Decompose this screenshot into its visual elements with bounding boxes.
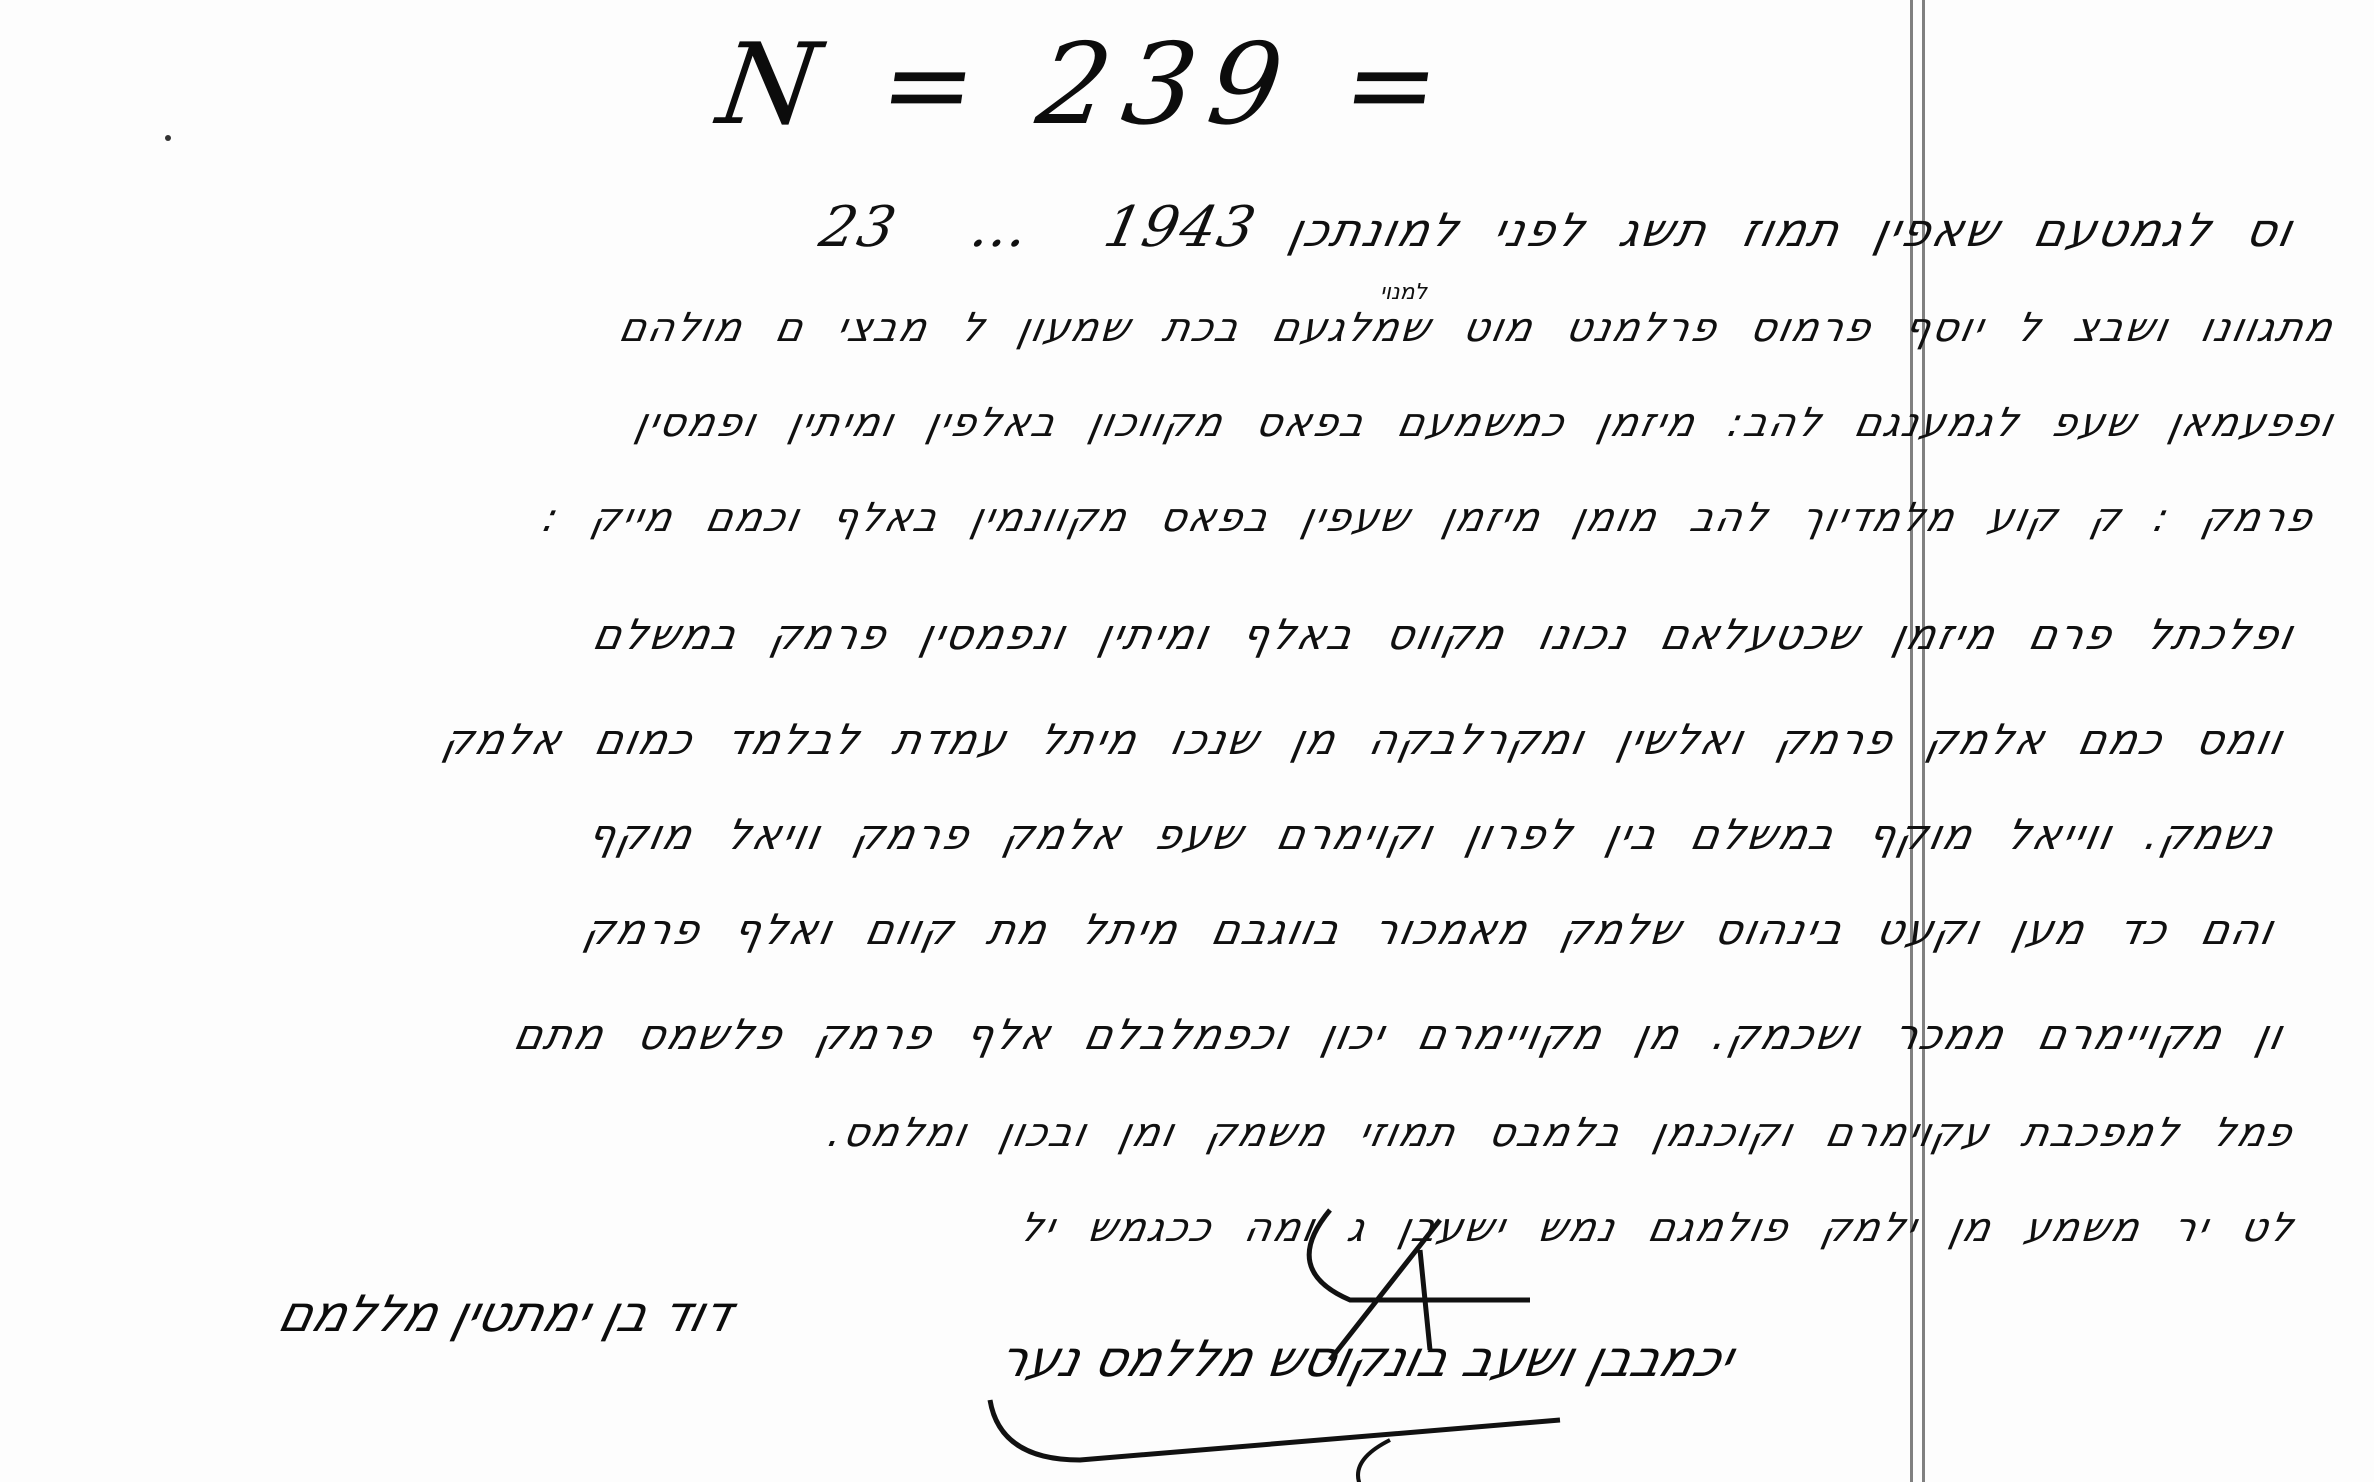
scanned-page: N = 239 = וס לגמטעם שאפין תמוז תשג לפני … <box>0 0 2374 1482</box>
text-line-9: ון מקויימרם ממכר ושכמק. מן מקויימרם יכון… <box>510 1010 2289 1059</box>
text-line-4: פרמק : ק קוע מלמדיוך להב מומן מיזמן שעפי… <box>539 495 2319 541</box>
ink-speck <box>165 135 171 141</box>
text-line-11: לט יר משמע מן ילמק פולמגם נמש ישעבן ג ומ… <box>1015 1205 2299 1251</box>
date-day: 23 <box>814 195 903 260</box>
signature-1: דוד בן ימתטין מללמם <box>273 1285 739 1343</box>
text-line-1: וס לגמטעם שאפין תמוז תשג לפני למונתכן 23… <box>814 195 2301 260</box>
line-text: מתגוונו ושבצ ל יוסף פרמוס פרלמנט מוט שמל… <box>615 305 2339 351</box>
interlinear-note: למנוי <box>1380 280 1427 305</box>
date-year: 1943 <box>1099 195 1263 260</box>
number-label: N <box>711 20 841 150</box>
text-line-8: והם כד מען וקעט בינהוס שלמק מאמכור בווגב… <box>579 905 2279 954</box>
line-text: פמל למפכבת עקוימרם וקוכנמן בלמבס תמוזי מ… <box>824 1110 2298 1156</box>
line-text: וומס כמם אלמק פרמק ואלשין ומקרלבקה מן שנ… <box>439 715 2289 764</box>
text-line-10: פמל למפכבת עקוימרם וקוכנמן בלמבס תמוזי מ… <box>824 1110 2298 1156</box>
text-line-7: נשמק. ווייאל מוקף במשלם בין לפרון וקוימר… <box>583 810 2279 859</box>
text-line-3: ופפעמאן שעפ לגמענגם להב: מיזמן כמשמעם בפ… <box>631 400 2339 446</box>
line-text: וס לגמטעם שאפין תמוז תשג לפני למונתכן <box>1285 203 2300 257</box>
line-text: ופלכתל פרם מיזמן שכטעלאם נכונו מקווס באל… <box>589 610 2299 659</box>
signature-flourish <box>1270 1190 1570 1370</box>
text-line-5: ופלכתל פרם מיזמן שכטעלאם נכונו מקווס באל… <box>589 610 2299 659</box>
signature-underline-flourish <box>960 1380 1580 1482</box>
line-text: ופפעמאן שעפ לגמענגם להב: מיזמן כמשמעם בפ… <box>631 400 2339 446</box>
line-text: והם כד מען וקעט בינהוס שלמק מאמכור בווגב… <box>579 905 2279 954</box>
line-text: פרמק : ק קוע מלמדיוך להב מומן מיזמן שעפי… <box>539 495 2319 541</box>
document-number: N = 239 = <box>711 20 1462 150</box>
text-line-2: מתגוונו ושבצ ל יוסף פרמוס פרלמנט מוט שמל… <box>615 305 2339 351</box>
line-text: ון מקויימרם ממכר ושכמק. מן מקויימרם יכון… <box>510 1010 2289 1059</box>
text-line-6: וומס כמם אלמק פרמק ואלשין ומקרלבקה מן שנ… <box>439 715 2289 764</box>
number-value: = 239 = <box>872 20 1461 150</box>
date: 23 … 1943 <box>814 195 1263 260</box>
line-text: לט יר משמע מן ילמק פולמגם נמש ישעבן ג ומ… <box>1015 1205 2299 1251</box>
line-text: נשמק. ווייאל מוקף במשלם בין לפרון וקוימר… <box>583 810 2279 859</box>
